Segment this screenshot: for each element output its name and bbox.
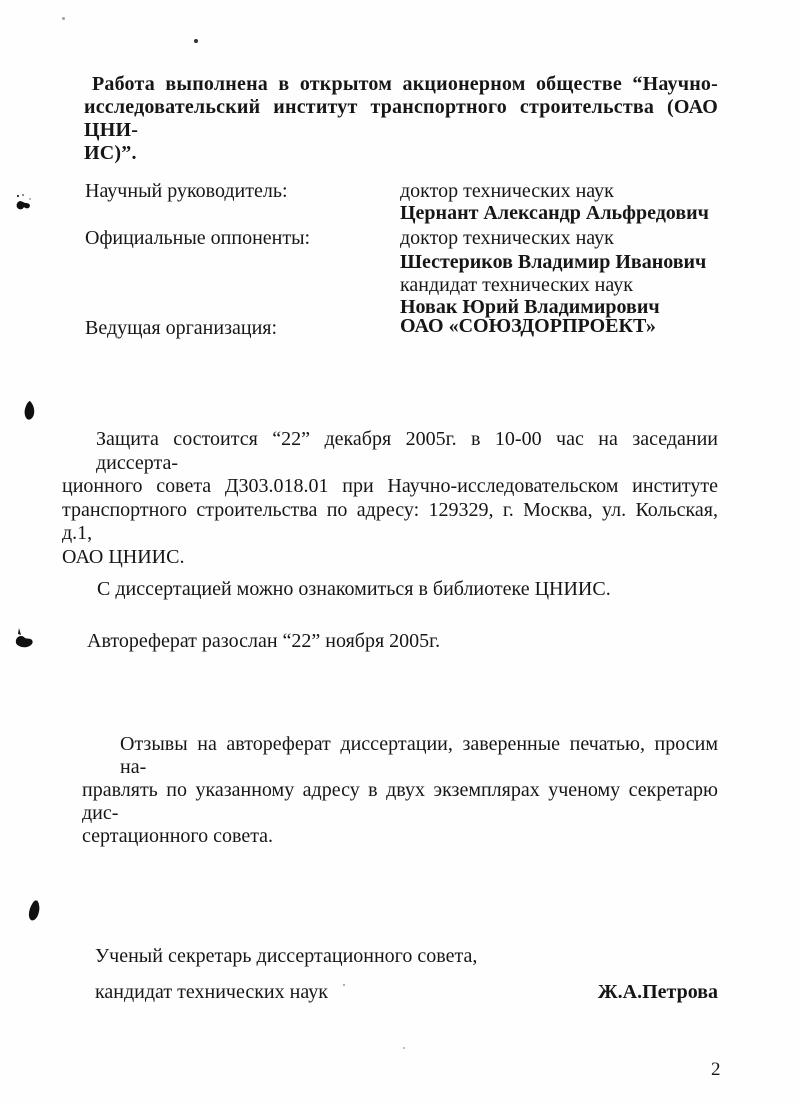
supervisor-degree-line: доктор технических наук: [400, 180, 614, 203]
opponent-2-degree-line: кандидат технических наук: [400, 274, 633, 297]
supervisor-name: Цернант Александр Альфредович: [400, 202, 709, 225]
defense-line: ОАО ЦНИИС.: [62, 546, 718, 570]
intro-paragraph: Работа выполнена в открытом акционерном …: [84, 73, 718, 165]
leading-organization-name: ОАО «СОЮЗДОРПРОЕКТ»: [400, 315, 656, 338]
secretary-role-line: Ученый секретарь диссертационного совета…: [95, 945, 477, 968]
defense-line: ционного совета Д303.018.01 при Научно-и…: [62, 475, 718, 499]
secretary-degree-line: кандидат технических наук: [95, 981, 328, 1004]
ink-speck: [194, 39, 198, 43]
ink-blob: [15, 628, 35, 651]
page-number: 2: [711, 1058, 721, 1081]
intro-line: Работа выполнена в открытом акционерном …: [84, 73, 718, 96]
feedback-paragraph: Отзывы на автореферат диссертации, завер…: [82, 733, 718, 848]
feedback-line: правлять по указанному адресу в двух экз…: [82, 779, 718, 825]
intro-line: исследовательский институт транспортного…: [84, 96, 718, 142]
opponent-1-name: Шестериков Владимир Иванович: [400, 251, 706, 274]
feedback-line: сертационного совета.: [82, 825, 718, 848]
ink-speck: [403, 1047, 405, 1049]
opponent-1-degree-line: доктор технических наук: [400, 227, 614, 250]
scanned-document-page: Работа выполнена в открытом акционерном …: [0, 0, 798, 1105]
label-leading-organization: Ведущая организация:: [85, 317, 277, 340]
library-note: С диссертацией можно ознакомиться в библ…: [97, 578, 611, 601]
feedback-line: Отзывы на автореферат диссертации, завер…: [82, 733, 718, 779]
defense-paragraph: Защита состоится “22” декабря 2005г. в 1…: [62, 428, 718, 569]
ink-blob: [15, 193, 33, 213]
defense-line: Защита состоится “22” декабря 2005г. в 1…: [62, 428, 718, 475]
secretary-name: Ж.А.Петрова: [558, 981, 718, 1004]
distribution-note: Автореферат разослан “22” ноября 2005г.: [87, 630, 440, 653]
defense-line: транспортного строительства по адресу: 1…: [62, 499, 718, 546]
label-official-opponents: Официальные оппоненты:: [85, 227, 310, 250]
ink-blob: [23, 401, 36, 421]
ink-speck: [343, 984, 345, 986]
label-scientific-supervisor: Научный руководитель:: [85, 180, 288, 203]
ink-blob: [27, 900, 41, 922]
intro-line: ИС)”.: [84, 142, 718, 165]
ink-speck: [62, 17, 65, 20]
